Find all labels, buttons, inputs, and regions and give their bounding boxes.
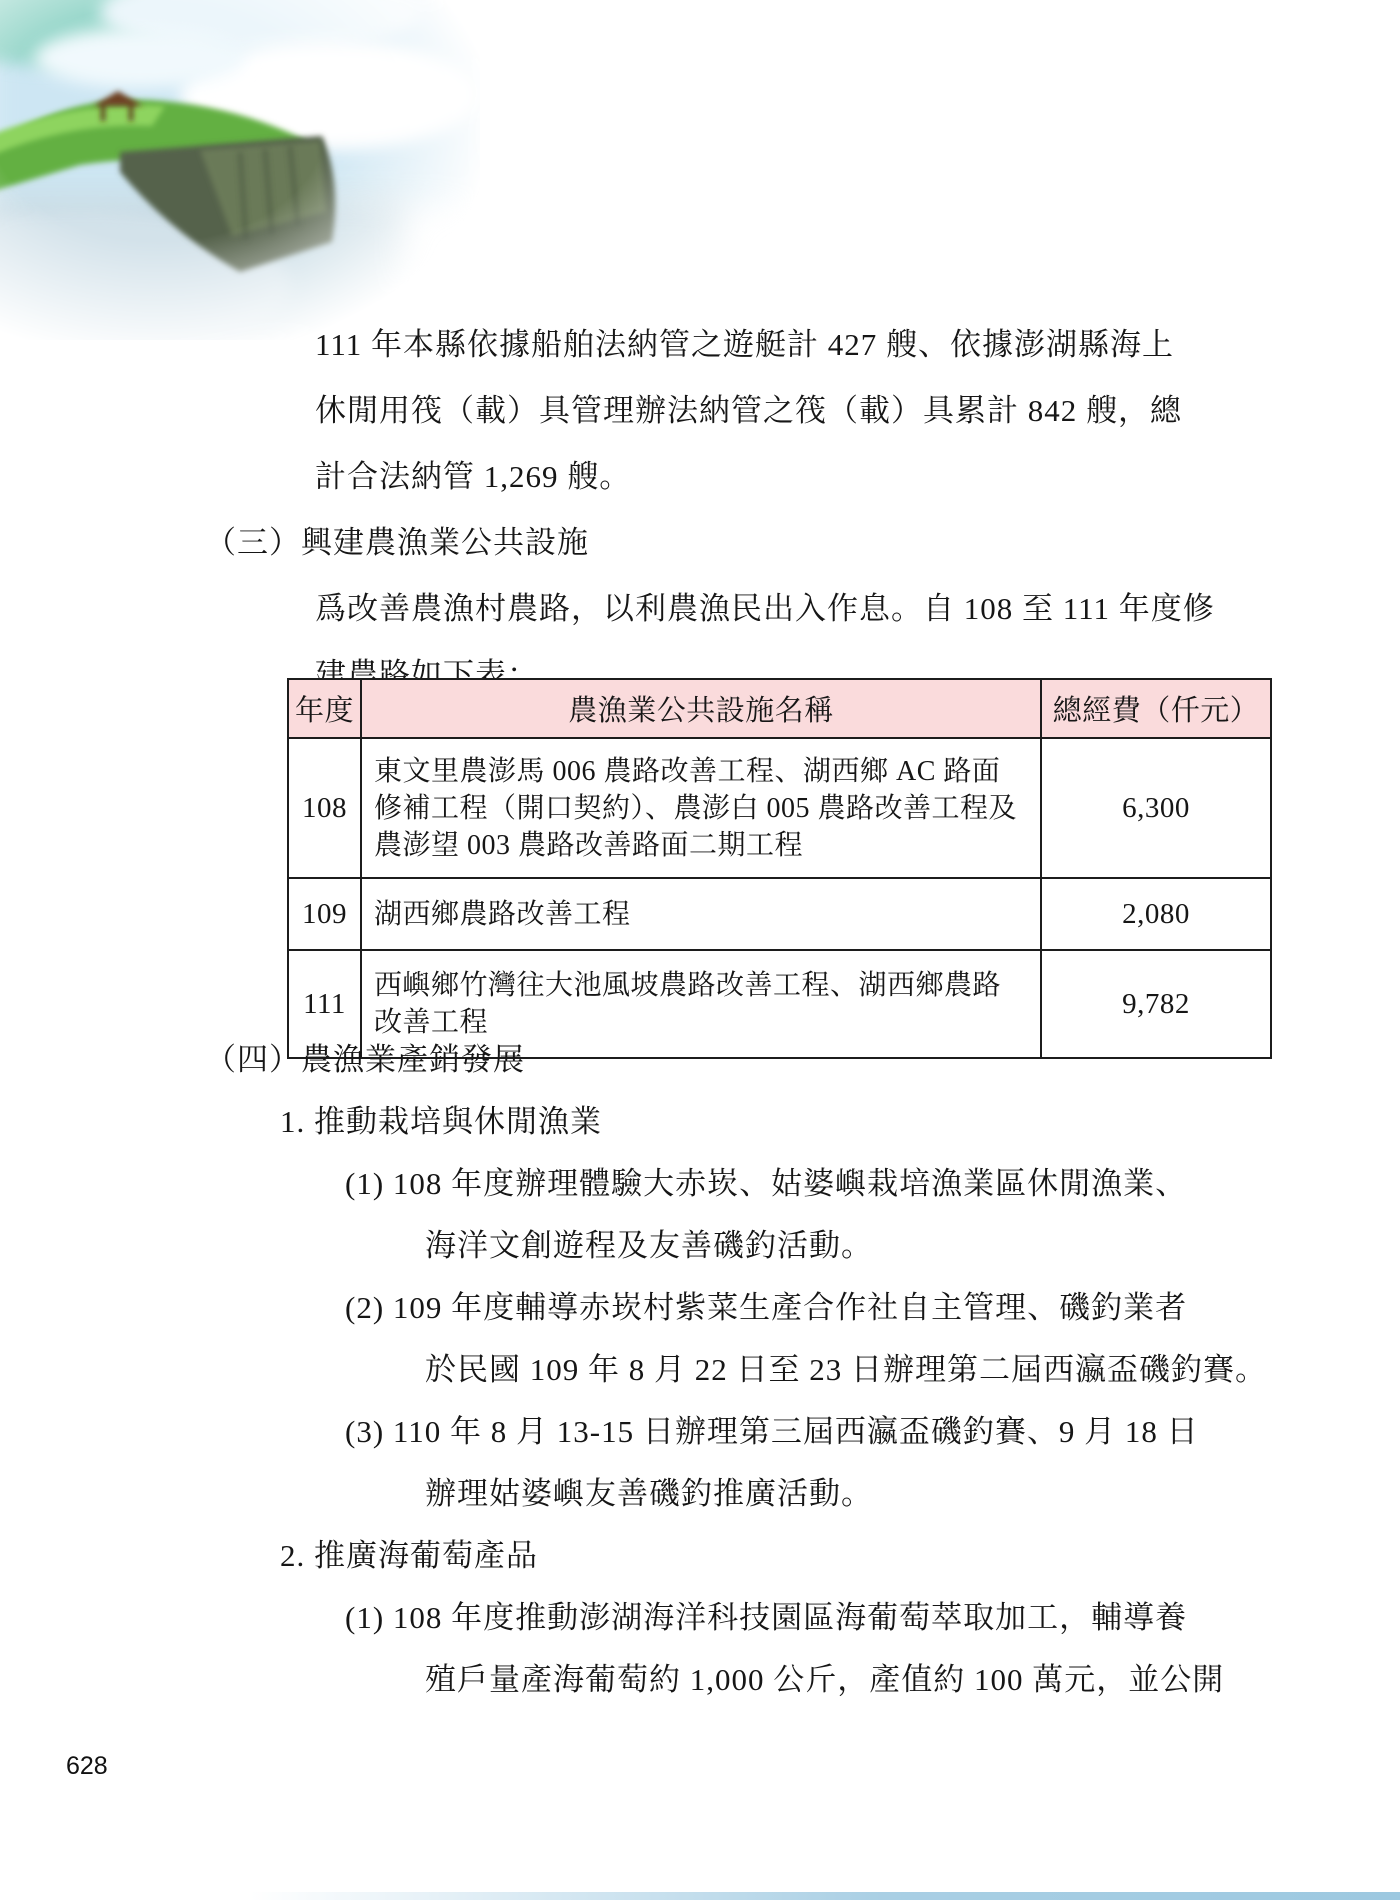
col-header-facility-name: 農漁業公共設施名稱	[361, 679, 1041, 738]
cell-facility-name: 東文里農澎馬 006 農路改善工程、湖西鄉 AC 路面修補工程（開口契約）、農澎…	[361, 738, 1041, 878]
page-number: 628	[66, 1752, 108, 1781]
farm-road-table-wrapper: 年度 農漁業公共設施名稱 總經費（仟元） 108 東文里農澎馬 006 農路改善…	[287, 678, 1272, 1059]
list-item-line: 辦理姑婆嶼友善磯釣推廣活動。	[200, 1463, 1290, 1525]
lower-text-block: （四）農漁業產銷發展 1. 推動栽培與休閒漁業 (1) 108 年度辦理體驗大赤…	[200, 1029, 1290, 1711]
cell-year: 108	[288, 738, 361, 878]
upper-text-block: 111 年本縣依據船舶法納管之遊艇計 427 艘、依據澎湖縣海上 休閒用筏（載）…	[200, 312, 1290, 708]
intro-line: 計合法納管 1,269 艘。	[200, 444, 1290, 510]
col-header-year: 年度	[288, 679, 361, 738]
list-item-line: (1) 108 年度辦理體驗大赤崁、姑婆嶼栽培漁業區休閒漁業、	[200, 1153, 1290, 1215]
section3-paragraph-line: 爲改善農漁村農路，以利農漁民出入作息。自 108 至 111 年度修	[200, 576, 1290, 642]
intro-line: 111 年本縣依據船舶法納管之遊艇計 427 艘、依據澎湖縣海上	[200, 312, 1290, 378]
list-item-line: (2) 109 年度輔導赤崁村紫菜生產合作社自主管理、磯釣業者	[200, 1277, 1290, 1339]
section4-sub2-title: 2. 推廣海葡萄產品	[200, 1525, 1290, 1587]
cell-total-cost: 6,300	[1041, 738, 1271, 878]
header-landscape-image	[0, 0, 480, 340]
table-row: 109 湖西鄉農路改善工程 2,080	[288, 878, 1271, 950]
bottom-decor-strip	[250, 1892, 1400, 1900]
table-row: 108 東文里農澎馬 006 農路改善工程、湖西鄉 AC 路面修補工程（開口契約…	[288, 738, 1271, 878]
list-item-line: (3) 110 年 8 月 13-15 日辦理第三屆西瀛盃磯釣賽、9 月 18 …	[200, 1401, 1290, 1463]
section4-heading: （四）農漁業產銷發展	[200, 1029, 1290, 1091]
cell-year: 109	[288, 878, 361, 950]
document-page: 111 年本縣依據船舶法納管之遊艇計 427 艘、依據澎湖縣海上 休閒用筏（載）…	[0, 0, 1400, 1900]
landscape-illustration	[0, 0, 480, 340]
section4-sub1-title: 1. 推動栽培與休閒漁業	[200, 1091, 1290, 1153]
cell-total-cost: 2,080	[1041, 878, 1271, 950]
list-item-line: 海洋文創遊程及友善磯釣活動。	[200, 1215, 1290, 1277]
intro-line: 休閒用筏（載）具管理辦法納管之筏（載）具累計 842 艘，總	[200, 378, 1290, 444]
list-item-line: 於民國 109 年 8 月 22 日至 23 日辦理第二屆西瀛盃磯釣賽。	[200, 1339, 1290, 1401]
cell-facility-name: 湖西鄉農路改善工程	[361, 878, 1041, 950]
farm-road-table: 年度 農漁業公共設施名稱 總經費（仟元） 108 東文里農澎馬 006 農路改善…	[287, 678, 1272, 1059]
section3-heading: （三）興建農漁業公共設施	[200, 510, 1290, 576]
list-item-line: 殖戶量產海葡萄約 1,000 公斤，產值約 100 萬元，並公開	[200, 1649, 1290, 1711]
col-header-total-cost: 總經費（仟元）	[1041, 679, 1271, 738]
list-item-line: (1) 108 年度推動澎湖海洋科技園區海葡萄萃取加工，輔導養	[200, 1587, 1290, 1649]
table-header-row: 年度 農漁業公共設施名稱 總經費（仟元）	[288, 679, 1271, 738]
